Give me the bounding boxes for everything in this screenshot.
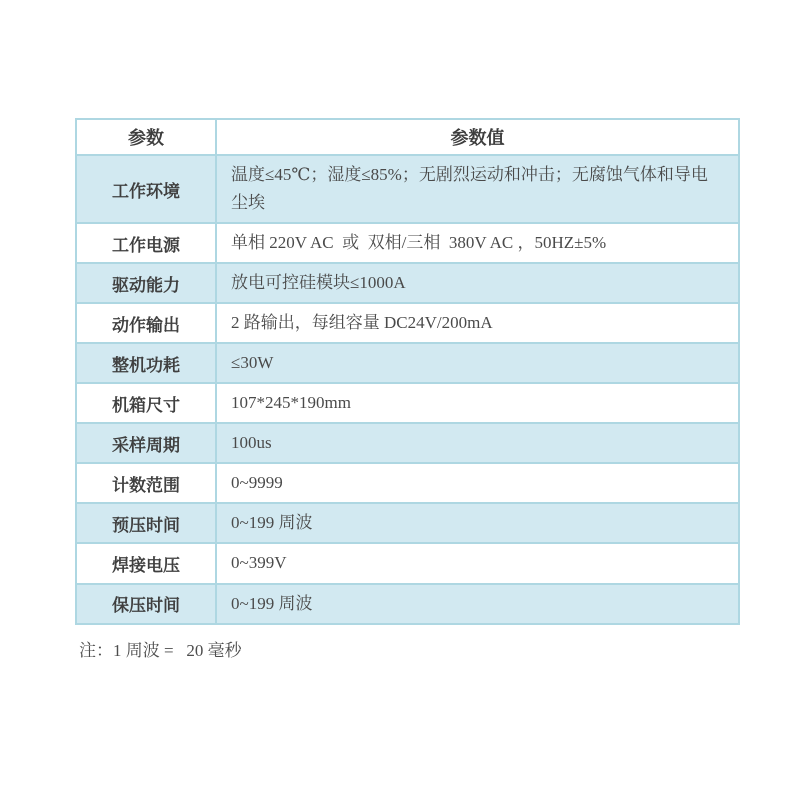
table-row: 驱动能力放电可控硅模块≤1000A (76, 263, 739, 303)
param-cell: 动作输出 (76, 303, 216, 343)
table-row: 计数范围0~9999 (76, 463, 739, 503)
spec-table-container: 参数 参数值 工作环境温度≤45℃；湿度≤85%；无剧烈运动和冲击；无腐蚀气体和… (75, 118, 740, 661)
value-cell: 107*245*190mm (216, 383, 739, 423)
value-cell: 2 路输出，每组容量 DC24V/200mA (216, 303, 739, 343)
value-cell: 温度≤45℃；湿度≤85%；无剧烈运动和冲击；无腐蚀气体和导电尘埃 (216, 155, 739, 223)
value-cell: 0~9999 (216, 463, 739, 503)
table-row: 机箱尺寸107*245*190mm (76, 383, 739, 423)
value-column-header: 参数值 (216, 119, 739, 155)
value-cell: 0~199 周波 (216, 584, 739, 624)
table-row: 保压时间0~199 周波 (76, 584, 739, 624)
param-cell: 整机功耗 (76, 343, 216, 383)
param-cell: 工作环境 (76, 155, 216, 223)
param-cell: 驱动能力 (76, 263, 216, 303)
table-row: 整机功耗≤30W (76, 343, 739, 383)
value-cell: 单相 220V AC 或 双相/三相 380V AC ，50HZ±5% (216, 223, 739, 263)
table-row: 采样周期100us (76, 423, 739, 463)
param-cell: 保压时间 (76, 584, 216, 624)
table-row: 焊接电压0~399V (76, 543, 739, 583)
table-body: 工作环境温度≤45℃；湿度≤85%；无剧烈运动和冲击；无腐蚀气体和导电尘埃工作电… (76, 155, 739, 624)
table-header-row: 参数 参数值 (76, 119, 739, 155)
table-row: 工作电源单相 220V AC 或 双相/三相 380V AC ，50HZ±5% (76, 223, 739, 263)
value-cell: ≤30W (216, 343, 739, 383)
param-cell: 工作电源 (76, 223, 216, 263)
table-row: 动作输出2 路输出，每组容量 DC24V/200mA (76, 303, 739, 343)
table-footnote: 注：1 周波 = 20 毫秒 (75, 636, 740, 661)
param-cell: 采样周期 (76, 423, 216, 463)
table-row: 预压时间0~199 周波 (76, 503, 739, 543)
param-cell: 计数范围 (76, 463, 216, 503)
page: 参数 参数值 工作环境温度≤45℃；湿度≤85%；无剧烈运动和冲击；无腐蚀气体和… (0, 0, 800, 800)
value-cell: 0~199 周波 (216, 503, 739, 543)
param-column-header: 参数 (76, 119, 216, 155)
table-row: 工作环境温度≤45℃；湿度≤85%；无剧烈运动和冲击；无腐蚀气体和导电尘埃 (76, 155, 739, 223)
param-cell: 预压时间 (76, 503, 216, 543)
spec-table: 参数 参数值 工作环境温度≤45℃；湿度≤85%；无剧烈运动和冲击；无腐蚀气体和… (75, 118, 740, 625)
value-cell: 0~399V (216, 543, 739, 583)
param-cell: 焊接电压 (76, 543, 216, 583)
value-cell: 放电可控硅模块≤1000A (216, 263, 739, 303)
param-cell: 机箱尺寸 (76, 383, 216, 423)
value-cell: 100us (216, 423, 739, 463)
